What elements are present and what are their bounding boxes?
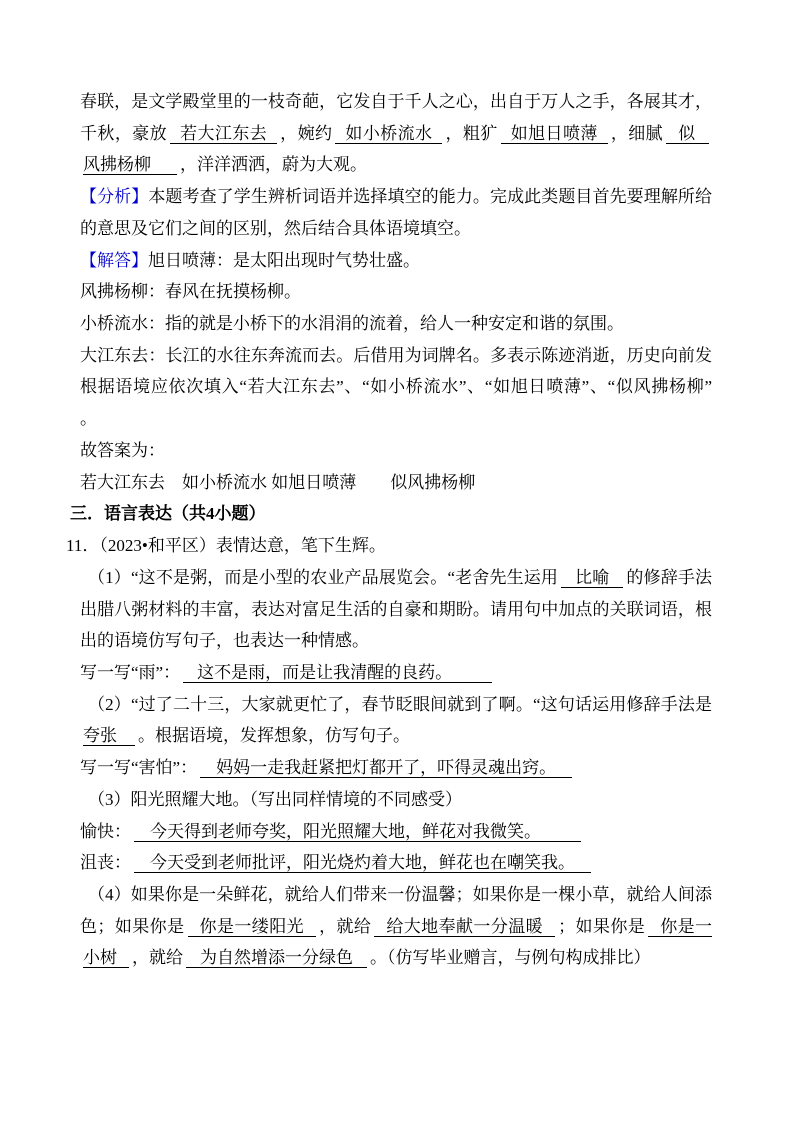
- paragraph-text: ，婉约: [280, 124, 332, 143]
- text-line: 风拂杨柳，洋洋洒洒，蔚为大观。: [80, 149, 712, 181]
- analysis-text: 的意思及它们之间的区别，然后结合具体语境填空。: [80, 219, 471, 238]
- analysis-label: 【分析】: [80, 187, 148, 206]
- question-text: 。（仿写毕业赠言，与例句构成排比）: [370, 948, 651, 967]
- answer-text: 风拂杨柳：春风在抚摸杨柳。: [80, 282, 301, 301]
- text-line: 故答案为：: [80, 435, 712, 467]
- analysis-text: 本题考查了学生辨析词语并选择填空的能力。完成此类题目首先要理解所给词语: [80, 187, 712, 213]
- text-line: （4）如果你是一朵鲜花，就给人们带来一份温馨；如果你是一棵小草，就给人间添一分春: [88, 879, 712, 911]
- question-text: ，就给: [319, 917, 371, 936]
- text-line: 大江东去：长江的水往东奔流而去。后借用为词牌名。多表示陈迹消逝，历史向前发展。: [80, 340, 712, 372]
- text-line: （2）“过了二十三，大家就更忙了，春节眨眼间就到了啊。“这句话运用修辞手法是: [88, 689, 712, 721]
- answer-blank: 今天受到老师批评，阳光烧灼着大地，鲜花也在嘲笑我。: [134, 853, 591, 873]
- answer-blank: 风拂杨柳: [83, 155, 177, 175]
- text-line: 写一写“雨”：这不是雨，而是让我清醒的良药。: [80, 657, 712, 689]
- text-line: 愉快：今天得到老师夸奖，阳光照耀大地，鲜花对我微笑。: [80, 816, 712, 848]
- text-line: 色；如果你是你是一缕阳光，就给给大地奉献一分温暖；如果你是你是一棵: [80, 911, 712, 943]
- text-line: 小桥流水：指的就是小桥下的水涓涓的流着，给人一种安定和谐的氛围。: [80, 308, 712, 340]
- answer-blank: 似: [666, 124, 709, 144]
- answer-blank: 比喻: [561, 568, 623, 588]
- text-line: 11．（2023•和平区）表情达意，笔下生辉。: [66, 530, 712, 562]
- text-line: 若大江东去 如小桥流水 如旭日喷薄 似风拂杨柳: [80, 467, 712, 499]
- answer-blank: 夸张: [83, 726, 135, 746]
- answer-text: 根据语境应依次填入“若大江东去”、“如小桥流水”、“如旭日喷薄”、“似风拂杨柳”: [80, 377, 712, 396]
- question-text: （4）如果你是一朵鲜花，就给人们带来一份温馨；如果你是一棵小草，就给人间添一分春: [88, 885, 712, 911]
- text-line: （1）“这不是粥，而是小型的农业产品展览会。“老舍先生运用比喻的修辞手法突: [88, 562, 712, 594]
- text-line: 三．语言表达（共4小题）: [70, 498, 712, 530]
- question-text: （3）阳光照耀大地。（写出同样情境的不同感受）: [88, 790, 462, 809]
- answer-blank: 若大江东去: [170, 124, 277, 144]
- answer-blank: 妈妈一走我赶紧把灯都开了，吓得灵魂出窍。: [200, 758, 572, 778]
- paragraph-text: 春联，是文学殿堂里的一枝奇葩，它发自于千人之心，出自于万人之手，各展其才，各显: [80, 92, 712, 118]
- paragraph-text: ，洋洋洒洒，蔚为大观。: [180, 155, 367, 174]
- question-text: 。根据语境，发挥想象，仿写句子。: [138, 726, 410, 745]
- text-line: 【分析】本题考查了学生辨析词语并选择填空的能力。完成此类题目首先要理解所给词语: [80, 181, 712, 213]
- text-line: 小树，就给为自然增添一分绿色。（仿写毕业赠言，与例句构成排比）: [80, 942, 712, 974]
- question-text: 出的语境仿写句子，也表达一种情感。: [80, 631, 369, 650]
- text-line: 千秋，豪放若大江东去，婉约如小桥流水，粗犷如旭日喷薄，细腻似: [80, 118, 712, 150]
- text-line: 出腊八粥材料的丰富，表达对富足生活的自豪和期盼。请用句中加点的关联词语，根据给: [80, 594, 712, 626]
- question-text: （2）“过了二十三，大家就更忙了，春节眨眼间就到了啊。“这句话运用修辞手法是: [88, 695, 712, 714]
- answer-text: 。: [80, 409, 97, 428]
- question-text: 写一写“害怕”：: [80, 758, 197, 777]
- question-text: 愉快：: [80, 822, 131, 841]
- text-line: 夸张。根据语境，发挥想象，仿写句子。: [80, 720, 712, 752]
- text-line: 春联，是文学殿堂里的一枝奇葩，它发自于千人之心，出自于万人之手，各展其才，各显: [80, 86, 712, 118]
- paragraph-text: 千秋，豪放: [80, 124, 167, 143]
- text-line: 的意思及它们之间的区别，然后结合具体语境填空。: [80, 213, 712, 245]
- answer-blank: 今天得到老师夸奖，阳光照耀大地，鲜花对我微笑。: [134, 822, 581, 842]
- answer-blank: 为自然增添一分绿色: [186, 948, 367, 968]
- text-line: 写一写“害怕”：妈妈一走我赶紧把灯都开了，吓得灵魂出窍。: [80, 752, 712, 784]
- question-text: （1）“这不是粥，而是小型的农业产品展览会。“老舍先生运用: [88, 568, 558, 587]
- text-line: 出的语境仿写句子，也表达一种情感。: [80, 625, 712, 657]
- answer-blank: 如小桥流水: [335, 124, 442, 144]
- answer-blank: 如旭日喷薄: [501, 124, 608, 144]
- answer-blank: 这不是雨，而是让我清醒的良药。: [183, 663, 492, 683]
- question-text: 色；如果你是: [80, 917, 185, 936]
- question-text: 沮丧：: [80, 853, 131, 872]
- text-line: 【解答】旭日喷薄：是太阳出现时气势壮盛。: [80, 245, 712, 277]
- paragraph-text: ，粗犷: [445, 124, 497, 143]
- answer-label: 【解答】: [80, 251, 148, 270]
- question-text: 写一写“雨”：: [80, 663, 180, 682]
- paragraph-text: ，细腻: [611, 124, 663, 143]
- document-page: 春联，是文学殿堂里的一枝奇葩，它发自于千人之心，出自于万人之手，各展其才，各显千…: [0, 0, 794, 1123]
- final-answers: 若大江东去 如小桥流水 如旭日喷薄 似风拂杨柳: [80, 473, 475, 492]
- text-line: 风拂杨柳：春风在抚摸杨柳。: [80, 276, 712, 308]
- document-body: 春联，是文学殿堂里的一枝奇葩，它发自于千人之心，出自于万人之手，各展其才，各显千…: [80, 86, 712, 974]
- question-text: ，就给: [132, 948, 183, 967]
- text-line: 根据语境应依次填入“若大江东去”、“如小桥流水”、“如旭日喷薄”、“似风拂杨柳”: [80, 371, 712, 403]
- answer-blank: 你是一缕阳光: [188, 917, 317, 937]
- question-text: ；如果你是: [558, 917, 645, 936]
- text-line: （3）阳光照耀大地。（写出同样情境的不同感受）: [88, 784, 712, 816]
- exam-source: （2023•和平区）: [99, 536, 215, 555]
- answer-text: 大江东去：长江的水往东奔流而去。后借用为词牌名。多表示陈迹消逝，历史向前发展。: [80, 346, 712, 372]
- item-number: 11．: [66, 536, 99, 555]
- text-line: 。: [80, 403, 712, 435]
- item-prompt: 表情达意，笔下生辉。: [216, 536, 386, 555]
- section-heading: 三．语言表达（共4小题）: [70, 504, 266, 523]
- question-text: 出腊八粥材料的丰富，表达对富足生活的自豪和期盼。请用句中加点的关联词语，根据给: [80, 600, 712, 626]
- answer-text: 旭日喷薄：是太阳出现时气势壮盛。: [148, 251, 420, 270]
- answer-text: 小桥流水：指的就是小桥下的水涓涓的流着，给人一种安定和谐的氛围。: [80, 314, 624, 333]
- answer-conclusion: 故答案为：: [80, 441, 165, 460]
- text-line: 沮丧：今天受到老师批评，阳光烧灼着大地，鲜花也在嘲笑我。: [80, 847, 712, 879]
- answer-blank: 小树: [83, 948, 129, 968]
- answer-blank: 给大地奉献一分温暖: [374, 917, 555, 937]
